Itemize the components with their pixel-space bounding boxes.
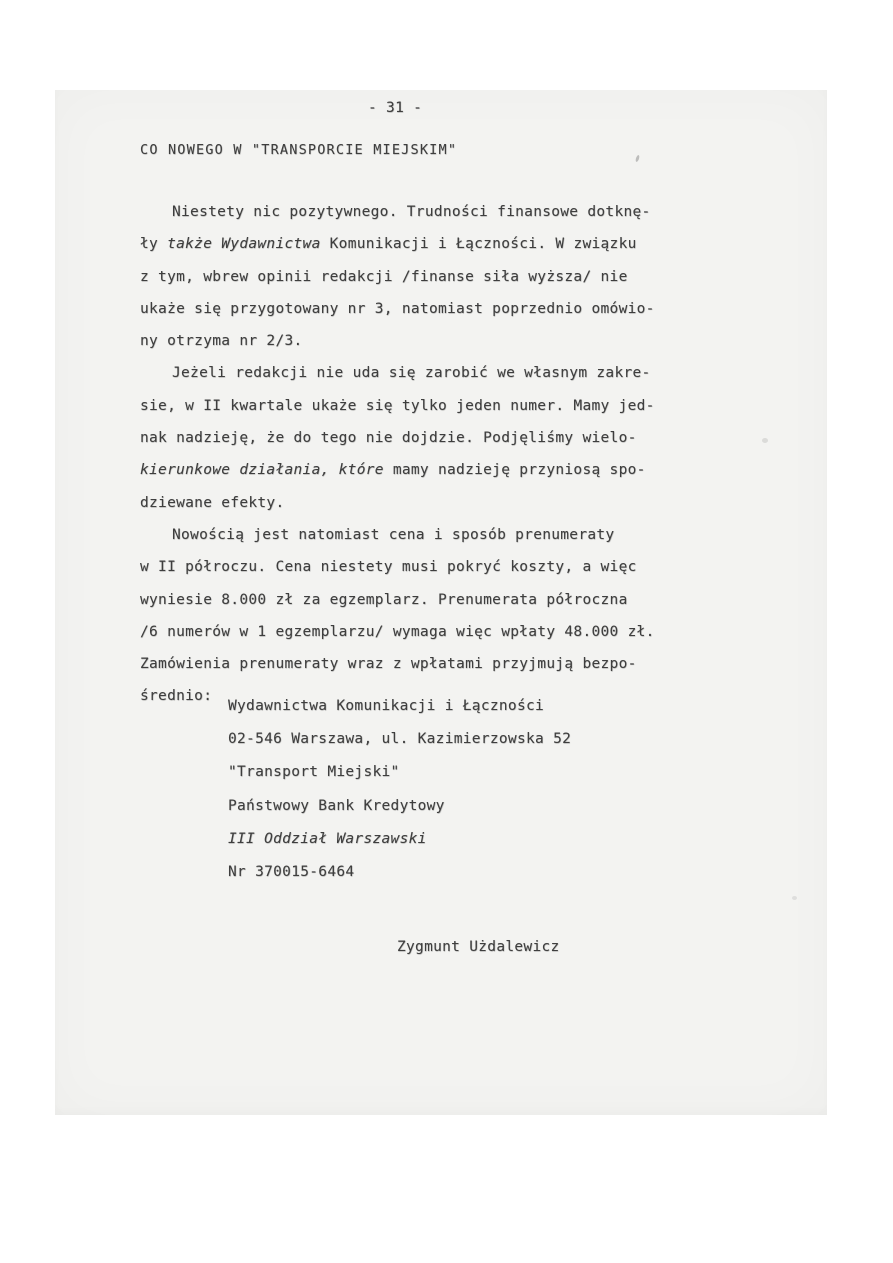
address-line: Państwowy Bank Kredytowy <box>228 790 668 823</box>
article-body: Niestety nic pozytywnego. Trudności fina… <box>140 196 730 713</box>
document-paper: - 31 - CO NOWEGO W "TRANSPORCIE MIEJSKIM… <box>55 90 827 1115</box>
body-text-line: Jeżeli redakcji nie uda się zarobić we w… <box>140 357 730 389</box>
body-text-line: w II półroczu. Cena niestety musi pokryć… <box>140 551 730 583</box>
scan-speck <box>762 438 768 443</box>
body-text-line: nak nadzieję, że do tego nie dojdzie. Po… <box>140 422 730 454</box>
body-text-line: Niestety nic pozytywnego. Trudności fina… <box>140 196 730 228</box>
body-text-line: ny otrzyma nr 2/3. <box>140 325 730 357</box>
body-text-line: dziewane efekty. <box>140 487 730 519</box>
body-text-line: z tym, wbrew opinii redakcji /finanse si… <box>140 261 730 293</box>
body-text-line: ukaże się przygotowany nr 3, natomiast p… <box>140 293 730 325</box>
body-text-line: Nowością jest natomiast cena i sposób pr… <box>140 519 730 551</box>
page-number: - 31 - <box>368 100 422 116</box>
body-text-line: kierunkowe działania, które mamy nadziej… <box>140 454 730 486</box>
address-line: III Oddział Warszawski <box>228 823 668 856</box>
body-text-line: ły także Wydawnictwa Komunikacji i Łączn… <box>140 228 730 260</box>
scan-speck <box>635 155 640 163</box>
body-text-line: /6 numerów w 1 egzemplarzu/ wymaga więc … <box>140 616 730 648</box>
article-title: CO NOWEGO W "TRANSPORCIE MIEJSKIM" <box>140 142 457 158</box>
address-line: Nr 370015-6464 <box>228 856 668 889</box>
body-text-line: wyniesie 8.000 zł za egzemplarz. Prenume… <box>140 584 730 616</box>
subscription-address-block: Wydawnictwa Komunikacji i Łączności02-54… <box>228 690 668 889</box>
author-signature: Zygmunt Użdalewicz <box>397 939 560 955</box>
body-text-line: sie, w II kwartale ukaże się tylko jeden… <box>140 390 730 422</box>
address-line: "Transport Miejski" <box>228 756 668 789</box>
address-line: 02-546 Warszawa, ul. Kazimierzowska 52 <box>228 723 668 756</box>
scan-speck <box>792 896 797 900</box>
scan-background: { "document": { "page_number": "- 31 -",… <box>0 0 893 1263</box>
body-text-line: Zamówienia prenumeraty wraz z wpłatami p… <box>140 648 730 680</box>
address-line: Wydawnictwa Komunikacji i Łączności <box>228 690 668 723</box>
